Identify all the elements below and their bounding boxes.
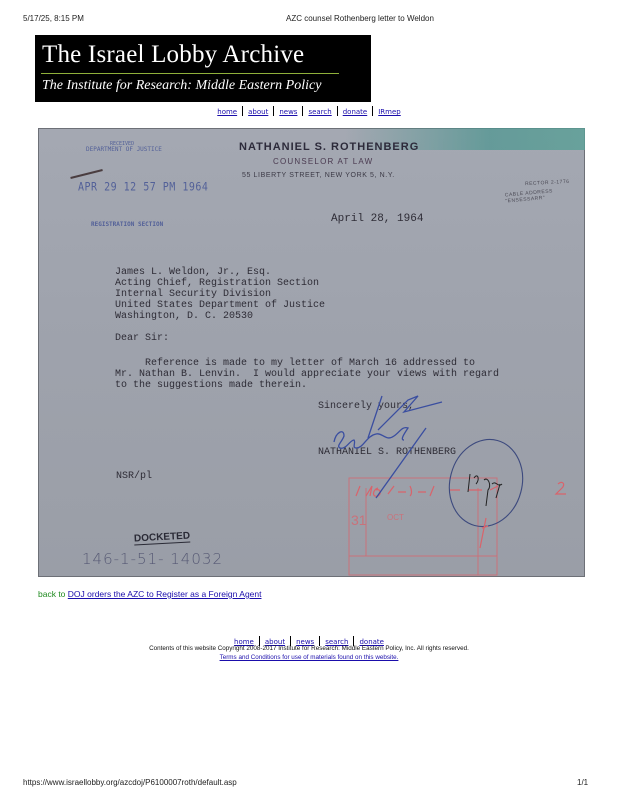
banner-title: The Israel Lobby Archive [42, 41, 304, 69]
red-handwritten-number [356, 482, 566, 496]
print-header: 5/17/25, 8:15 PM AZC counsel Rothenberg … [0, 14, 618, 26]
back-link-prefix: back to [38, 589, 65, 599]
nav-separator [273, 106, 274, 116]
handwritten-docket-number: 146-1-51- 14032 [82, 550, 223, 568]
nav-link-search[interactable]: search [308, 108, 331, 116]
nav-link-home[interactable]: home [217, 108, 237, 116]
nav-link-irmep[interactable]: IRmep [378, 108, 401, 116]
nav-separator [372, 106, 373, 116]
nav-link-donate[interactable]: donate [343, 108, 368, 116]
red-slash [480, 518, 488, 548]
print-page-number: 1/1 [577, 778, 588, 787]
nav-separator [337, 106, 338, 116]
scanned-letter-image: NATHANIEL S. ROTHENBERG COUNSELOR AT LAW… [38, 128, 585, 577]
print-page-title: AZC counsel Rothenberg letter to Weldon [286, 14, 434, 23]
print-url: https://www.israellobby.org/azcdoj/P6100… [23, 778, 237, 787]
svg-text:OCT: OCT [387, 513, 404, 522]
terms-link[interactable]: Terms and Conditions for use of material… [220, 654, 399, 661]
ink-annotations: 31 OCT [38, 128, 585, 577]
back-link-row: back to DOJ orders the AZC to Register a… [38, 589, 261, 599]
print-datetime: 5/17/25, 8:15 PM [23, 14, 84, 23]
signature-scribble [334, 396, 442, 498]
back-link[interactable]: DOJ orders the AZC to Register as a Fore… [68, 589, 262, 599]
terms-row: Terms and Conditions for use of material… [0, 654, 618, 661]
print-footer: https://www.israellobby.org/azcdoj/P6100… [0, 778, 618, 790]
nav-separator [242, 106, 243, 116]
site-banner-logo[interactable]: The Israel Lobby Archive The Institute f… [35, 35, 371, 102]
svg-text:31: 31 [351, 512, 367, 528]
banner-subtitle: The Institute for Research: Middle Easte… [42, 78, 321, 94]
nav-link-news[interactable]: news [279, 108, 297, 116]
nav-link-about[interactable]: about [248, 108, 268, 116]
nav-separator [302, 106, 303, 116]
banner-divider [41, 73, 339, 74]
copyright-notice: Contents of this website Copyright 2008-… [0, 645, 618, 652]
top-navigation: homeaboutnewssearchdonateIRmep [0, 106, 618, 116]
